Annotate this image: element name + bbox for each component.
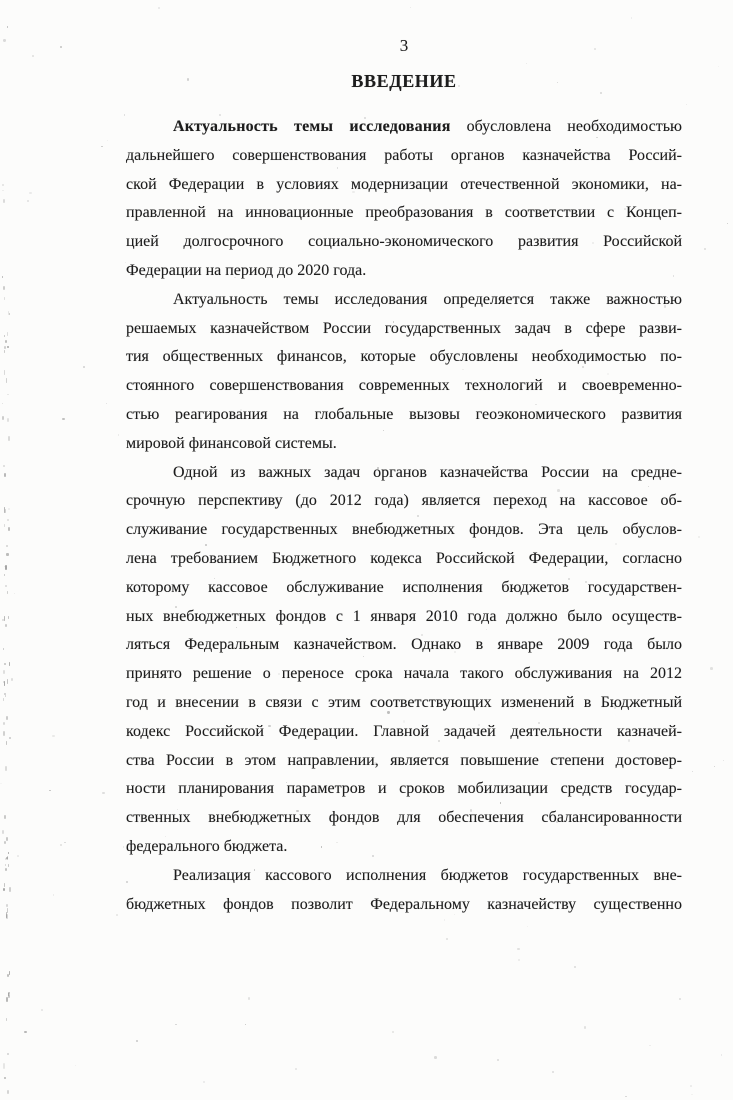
text-line: которому кассовое обслуживание исполнени… [126,574,682,603]
text-line: кодекс Российской Федерации. Главной зад… [126,718,682,747]
paragraph: Одной из важных задач органов казначейст… [126,459,682,862]
text-line: принято решение о переносе срока начала … [126,660,682,689]
text-line: ляться Федеральным казначейством. Однако… [126,631,682,660]
text-line: стью реагирования на глобальные вызовы г… [126,401,682,430]
text-line: Актуальность темы исследования обусловле… [126,113,682,142]
text-line: бюджетных фондов позволит Федеральному к… [126,891,682,920]
text-line: дальнейшего совершенствования работы орг… [126,142,682,171]
text-line: ности планирования параметров и сроков м… [126,775,682,804]
text-line: служивание государственных внебюджетных … [126,516,682,545]
text-line: год и внесении в связи с этим соответств… [126,689,682,718]
text-line: ственных внебюджетных фондов для обеспеч… [126,804,682,833]
paragraph: Актуальность темы исследования обусловле… [126,113,682,286]
text-line: тия общественных финансов, которые обусл… [126,343,682,372]
text-line: мировой финансовой системы. [126,430,682,459]
text-line: ской Федерации в условиях модернизации о… [126,171,682,200]
document-body: Актуальность темы исследования обусловле… [126,113,682,919]
scanned-document-page: 3 ВВЕДЕНИЕ Актуальность темы исследовани… [0,0,733,1100]
page-number: 3 [126,36,682,56]
text-line: федерального бюджета. [126,833,682,862]
text-line: Актуальность темы исследования определяе… [126,286,682,315]
text-line: ных внебюджетных фондов с 1 января 2010 … [126,603,682,632]
text-line: цией долгосрочного социально-экономическ… [126,228,682,257]
text-line: лена требованием Бюджетного кодекса Росс… [126,545,682,574]
text-line: Одной из важных задач органов казначейст… [126,459,682,488]
text-line: срочную перспективу (до 2012 года) являе… [126,487,682,516]
paragraph: Реализация кассового исполнения бюджетов… [126,862,682,920]
section-heading: ВВЕДЕНИЕ [126,71,682,92]
text-line: Реализация кассового исполнения бюджетов… [126,862,682,891]
text-line: Федерации на период до 2020 года. [126,257,682,286]
text-line: правленной на инновационные преобразован… [126,199,682,228]
text-line: ства России в этом направлении, является… [126,747,682,776]
paragraph: Актуальность темы исследования определяе… [126,286,682,459]
text-line: решаемых казначейством России государств… [126,315,682,344]
text-line: стоянного совершенствования современных … [126,372,682,401]
bold-emphasis: Актуальность темы исследования [173,118,451,135]
